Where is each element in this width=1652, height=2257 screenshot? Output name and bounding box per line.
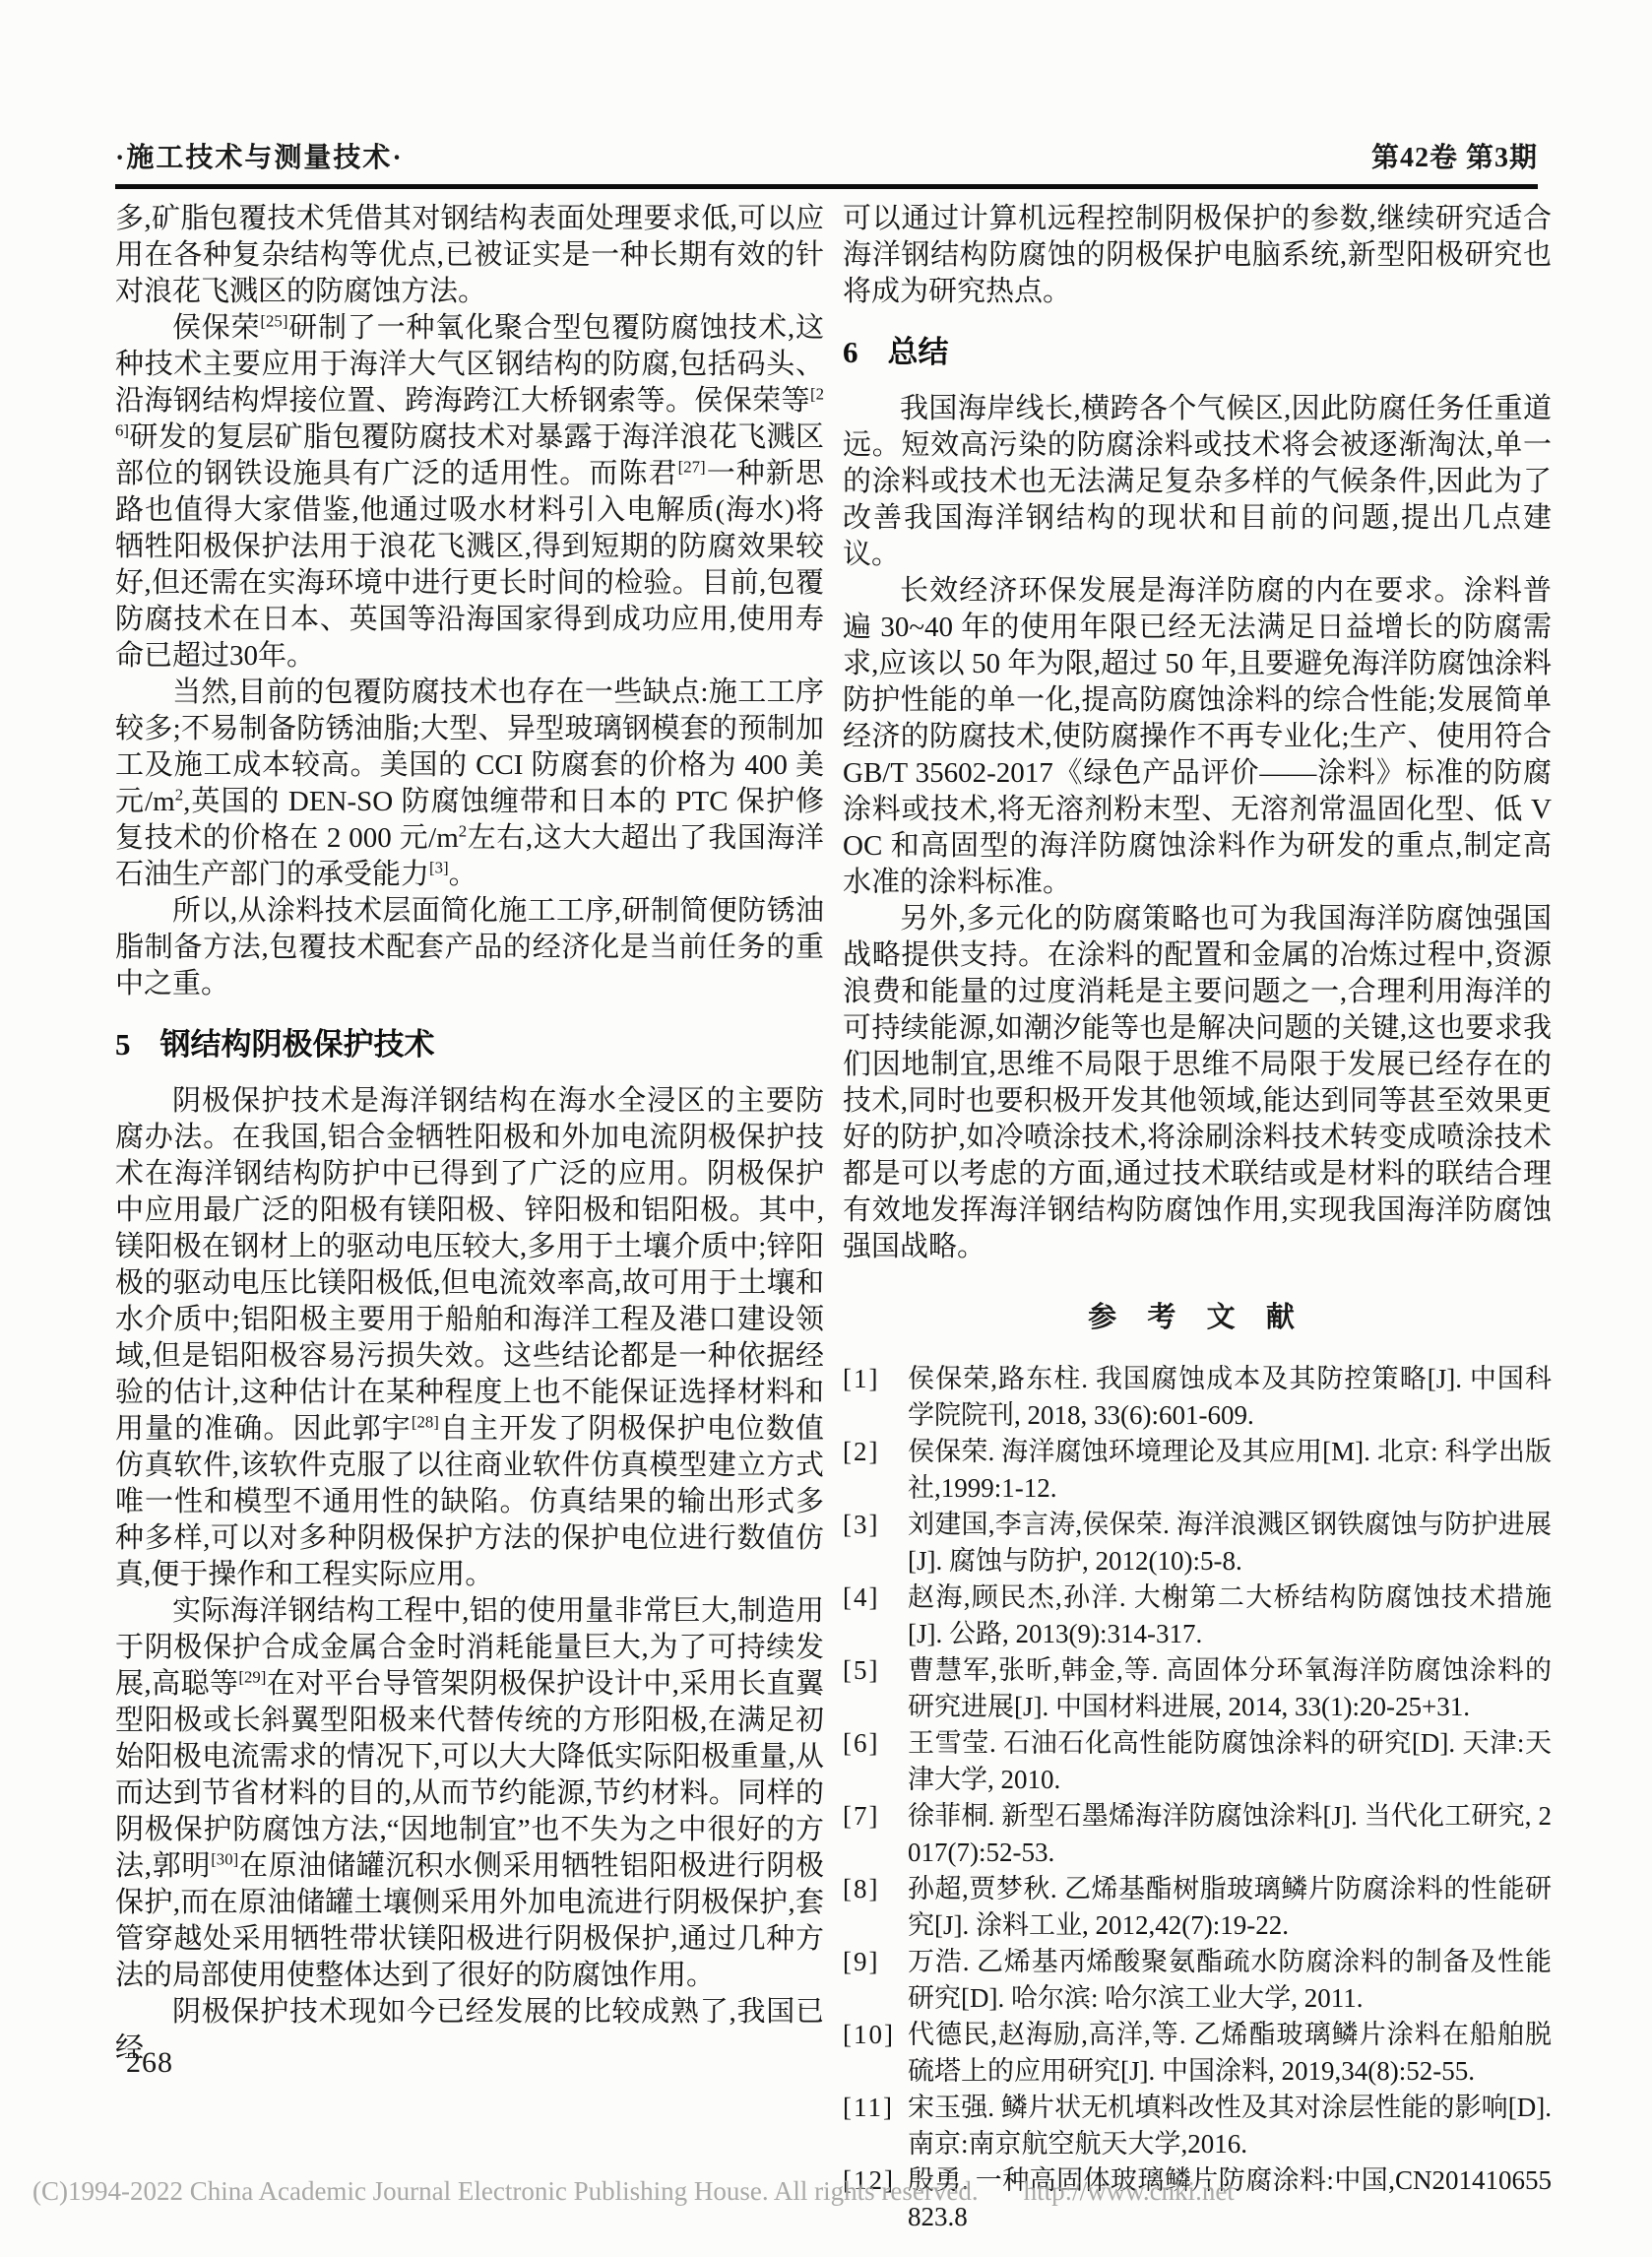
- superscript-citation: [3]: [429, 858, 449, 876]
- references-heading: 参 考 文 献: [843, 1295, 1552, 1335]
- superscript-citation: [29]: [238, 1667, 266, 1686]
- paragraph: 多,矿脂包覆技术凭借其对钢结构表面处理要求低,可以应用在各种复杂结构等优点,已被…: [115, 201, 824, 310]
- paragraph: 阴极保护技术是海洋钢结构在海水全浸区的主要防腐办法。在我国,铝合金牺牲阳极和外加…: [115, 1083, 824, 1593]
- reference-number: [9]: [843, 1944, 908, 2017]
- reference-number: [7]: [843, 1798, 908, 1871]
- reference-text: 代德民,赵海励,高洋,等. 乙烯酯玻璃鳞片涂料在船舶脱硫塔上的应用研究[J]. …: [908, 2017, 1552, 2090]
- section-title: 总结: [888, 335, 949, 369]
- reference-item: [11]宋玉强. 鳞片状无机填料改性及其对涂层性能的影响[D].南京:南京航空航…: [843, 2090, 1552, 2162]
- section-number: 5: [115, 1027, 131, 1062]
- paragraph: 长效经济环保发展是海洋防腐的内在要求。涂料普遍 30~40 年的使用年限已经无法…: [843, 573, 1552, 901]
- reference-number: [4]: [843, 1580, 908, 1652]
- reference-item: [4]赵海,顾民杰,孙洋. 大榭第二大桥结构防腐蚀技术措施[J]. 公路, 20…: [843, 1580, 1552, 1652]
- paragraph: 侯保荣[25]研制了一种氧化聚合型包覆防腐蚀技术,这种技术主要应用于海洋大气区钢…: [115, 310, 824, 675]
- superscript-citation: [25]: [260, 311, 287, 330]
- scanned-paper-page: ·施工技术与测量技术· 第42卷 第3期 多,矿脂包覆技术凭借其对钢结构表面处理…: [0, 0, 1652, 2257]
- superscript-citation: [27]: [678, 457, 706, 476]
- paragraph: 实际海洋钢结构工程中,铝的使用量非常巨大,制造用于阴极保护合成金属合金时消耗能量…: [115, 1593, 824, 1994]
- copyright-text: (C)1994-2022 China Academic Journal Elec…: [32, 2176, 979, 2206]
- paragraph: 另外,多元化的防腐策略也可为我国海洋防腐蚀强国战略提供支持。在涂料的配置和金属的…: [843, 901, 1552, 1265]
- superscript-citation: 2: [459, 821, 467, 840]
- paragraph: 可以通过计算机远程控制阴极保护的参数,继续研究适合海洋钢结构防腐蚀的阴极保护电脑…: [843, 201, 1552, 310]
- reference-number: [10]: [843, 2017, 908, 2090]
- page-header: ·施工技术与测量技术· 第42卷 第3期: [115, 136, 1538, 189]
- reference-item: [1]侯保荣,路东柱. 我国腐蚀成本及其防控策略[J]. 中国科学院院刊, 20…: [843, 1361, 1552, 1434]
- section-title: 钢结构阴极保护技术: [160, 1027, 435, 1062]
- right-column: 可以通过计算机远程控制阴极保护的参数,继续研究适合海洋钢结构防腐蚀的阴极保护电脑…: [843, 201, 1552, 2235]
- paragraph: 所以,从涂料技术层面简化施工工序,研制简便防锈油脂制备方法,包覆技术配套产品的经…: [115, 893, 824, 1002]
- reference-text: 赵海,顾民杰,孙洋. 大榭第二大桥结构防腐蚀技术措施[J]. 公路, 2013(…: [908, 1580, 1552, 1652]
- journal-section-title: ·施工技术与测量技术·: [115, 136, 404, 175]
- reference-number: [1]: [843, 1361, 908, 1434]
- section-heading: 6总结: [843, 336, 1552, 369]
- cnki-url: http://www.cnki.net: [1024, 2176, 1235, 2206]
- reference-item: [6]王雪莹. 石油石化高性能防腐蚀涂料的研究[D]. 天津:天津大学, 201…: [843, 1725, 1552, 1798]
- reference-item: [9]万浩. 乙烯基丙烯酸聚氨酯疏水防腐涂料的制备及性能研究[D]. 哈尔滨: …: [843, 1944, 1552, 2017]
- reference-text: 曹慧军,张昕,韩金,等. 高固体分环氧海洋防腐蚀涂料的研究进展[J]. 中国材料…: [908, 1652, 1552, 1725]
- superscript-citation: [26]: [115, 384, 824, 439]
- reference-text: 侯保荣,路东柱. 我国腐蚀成本及其防控策略[J]. 中国科学院院刊, 2018,…: [908, 1361, 1552, 1434]
- superscript-citation: [28]: [412, 1412, 439, 1431]
- superscript-citation: [30]: [211, 1849, 238, 1868]
- superscript-citation: 2: [175, 785, 183, 804]
- reference-item: [7]徐菲桐. 新型石墨烯海洋防腐蚀涂料[J]. 当代化工研究, 2017(7)…: [843, 1798, 1552, 1871]
- reference-text: 宋玉强. 鳞片状无机填料改性及其对涂层性能的影响[D].南京:南京航空航天大学,…: [908, 2090, 1552, 2162]
- paragraph: 阴极保护技术现如今已经发展的比较成熟了,我国已经: [115, 1994, 824, 2067]
- page-number: 268: [126, 2046, 173, 2080]
- references-section: 参 考 文 献[1]侯保荣,路东柱. 我国腐蚀成本及其防控策略[J]. 中国科学…: [843, 1295, 1552, 2235]
- section-number: 6: [843, 335, 858, 369]
- reference-text: 侯保荣. 海洋腐蚀环境理论及其应用[M]. 北京: 科学出版社,1999:1-1…: [908, 1434, 1552, 1507]
- reference-text: 万浩. 乙烯基丙烯酸聚氨酯疏水防腐涂料的制备及性能研究[D]. 哈尔滨: 哈尔滨…: [908, 1944, 1552, 2017]
- page-footer: (C)1994-2022 China Academic Journal Elec…: [32, 2176, 1620, 2207]
- reference-number: [11]: [843, 2090, 908, 2162]
- reference-number: [8]: [843, 1871, 908, 1944]
- reference-number: [5]: [843, 1652, 908, 1725]
- reference-item: [10]代德民,赵海励,高洋,等. 乙烯酯玻璃鳞片涂料在船舶脱硫塔上的应用研究[…: [843, 2017, 1552, 2090]
- paragraph: 当然,目前的包覆防腐技术也存在一些缺点:施工工序较多;不易制备防锈油脂;大型、异…: [115, 675, 824, 893]
- paragraph: 我国海岸线长,横跨各个气候区,因此防腐任务任重道远。短效高污染的防腐涂料或技术将…: [843, 391, 1552, 573]
- reference-item: [8]孙超,贾梦秋. 乙烯基酯树脂玻璃鳞片防腐涂料的性能研究[J]. 涂料工业,…: [843, 1871, 1552, 1944]
- reference-item: [2]侯保荣. 海洋腐蚀环境理论及其应用[M]. 北京: 科学出版社,1999:…: [843, 1434, 1552, 1507]
- reference-text: 徐菲桐. 新型石墨烯海洋防腐蚀涂料[J]. 当代化工研究, 2017(7):52…: [908, 1798, 1552, 1871]
- reference-text: 王雪莹. 石油石化高性能防腐蚀涂料的研究[D]. 天津:天津大学, 2010.: [908, 1725, 1552, 1798]
- reference-text: 刘建国,李言涛,侯保荣. 海洋浪溅区钢铁腐蚀与防护进展[J]. 腐蚀与防护, 2…: [908, 1507, 1552, 1580]
- reference-item: [5]曹慧军,张昕,韩金,等. 高固体分环氧海洋防腐蚀涂料的研究进展[J]. 中…: [843, 1652, 1552, 1725]
- reference-number: [6]: [843, 1725, 908, 1798]
- reference-item: [3]刘建国,李言涛,侯保荣. 海洋浪溅区钢铁腐蚀与防护进展[J]. 腐蚀与防护…: [843, 1507, 1552, 1580]
- reference-text: 孙超,贾梦秋. 乙烯基酯树脂玻璃鳞片防腐涂料的性能研究[J]. 涂料工业, 20…: [908, 1871, 1552, 1944]
- reference-number: [2]: [843, 1434, 908, 1507]
- left-column: 多,矿脂包覆技术凭借其对钢结构表面处理要求低,可以应用在各种复杂结构等优点,已被…: [115, 201, 824, 2235]
- reference-number: [3]: [843, 1507, 908, 1580]
- section-heading: 5钢结构阴极保护技术: [115, 1028, 824, 1062]
- volume-issue-label: 第42卷 第3期: [1371, 136, 1538, 175]
- body-columns: 多,矿脂包覆技术凭借其对钢结构表面处理要求低,可以应用在各种复杂结构等优点,已被…: [115, 201, 1552, 2235]
